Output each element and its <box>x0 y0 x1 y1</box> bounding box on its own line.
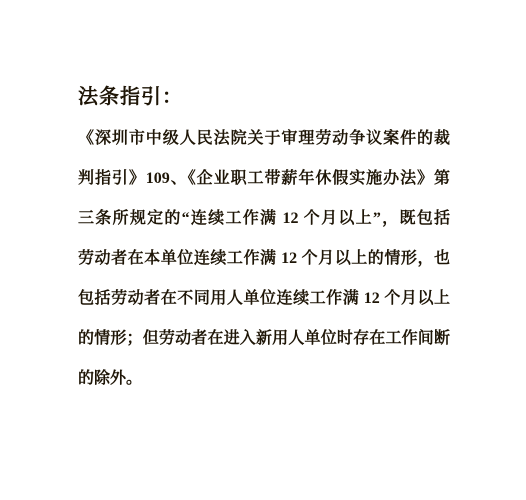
paragraph-line-1: 《深圳市中级人民法院关于审理劳动争议案件的裁 <box>78 119 450 159</box>
section-heading: 法条指引： <box>78 77 450 117</box>
paragraph-line-5: 包括劳动者在不同用人单位连续工作满 12 个月以上 <box>78 279 450 319</box>
paragraph-line-2: 判指引》109、《企业职工带薪年休假实施办法》第 <box>78 159 450 199</box>
legal-paragraph: 《深圳市中级人民法院关于审理劳动争议案件的裁 判指引》109、《企业职工带薪年休… <box>78 119 450 399</box>
document-page: 法条指引： 《深圳市中级人民法院关于审理劳动争议案件的裁 判指引》109、《企业… <box>0 0 526 500</box>
paragraph-line-3: 三条所规定的“连续工作满 12 个月以上”，既包括 <box>78 199 450 239</box>
paragraph-line-6: 的情形；但劳动者在进入新用人单位时存在工作间断 <box>78 319 450 359</box>
paragraph-line-7: 的除外。 <box>78 359 450 399</box>
paragraph-line-4: 劳动者在本单位连续工作满 12 个月以上的情形，也 <box>78 239 450 279</box>
